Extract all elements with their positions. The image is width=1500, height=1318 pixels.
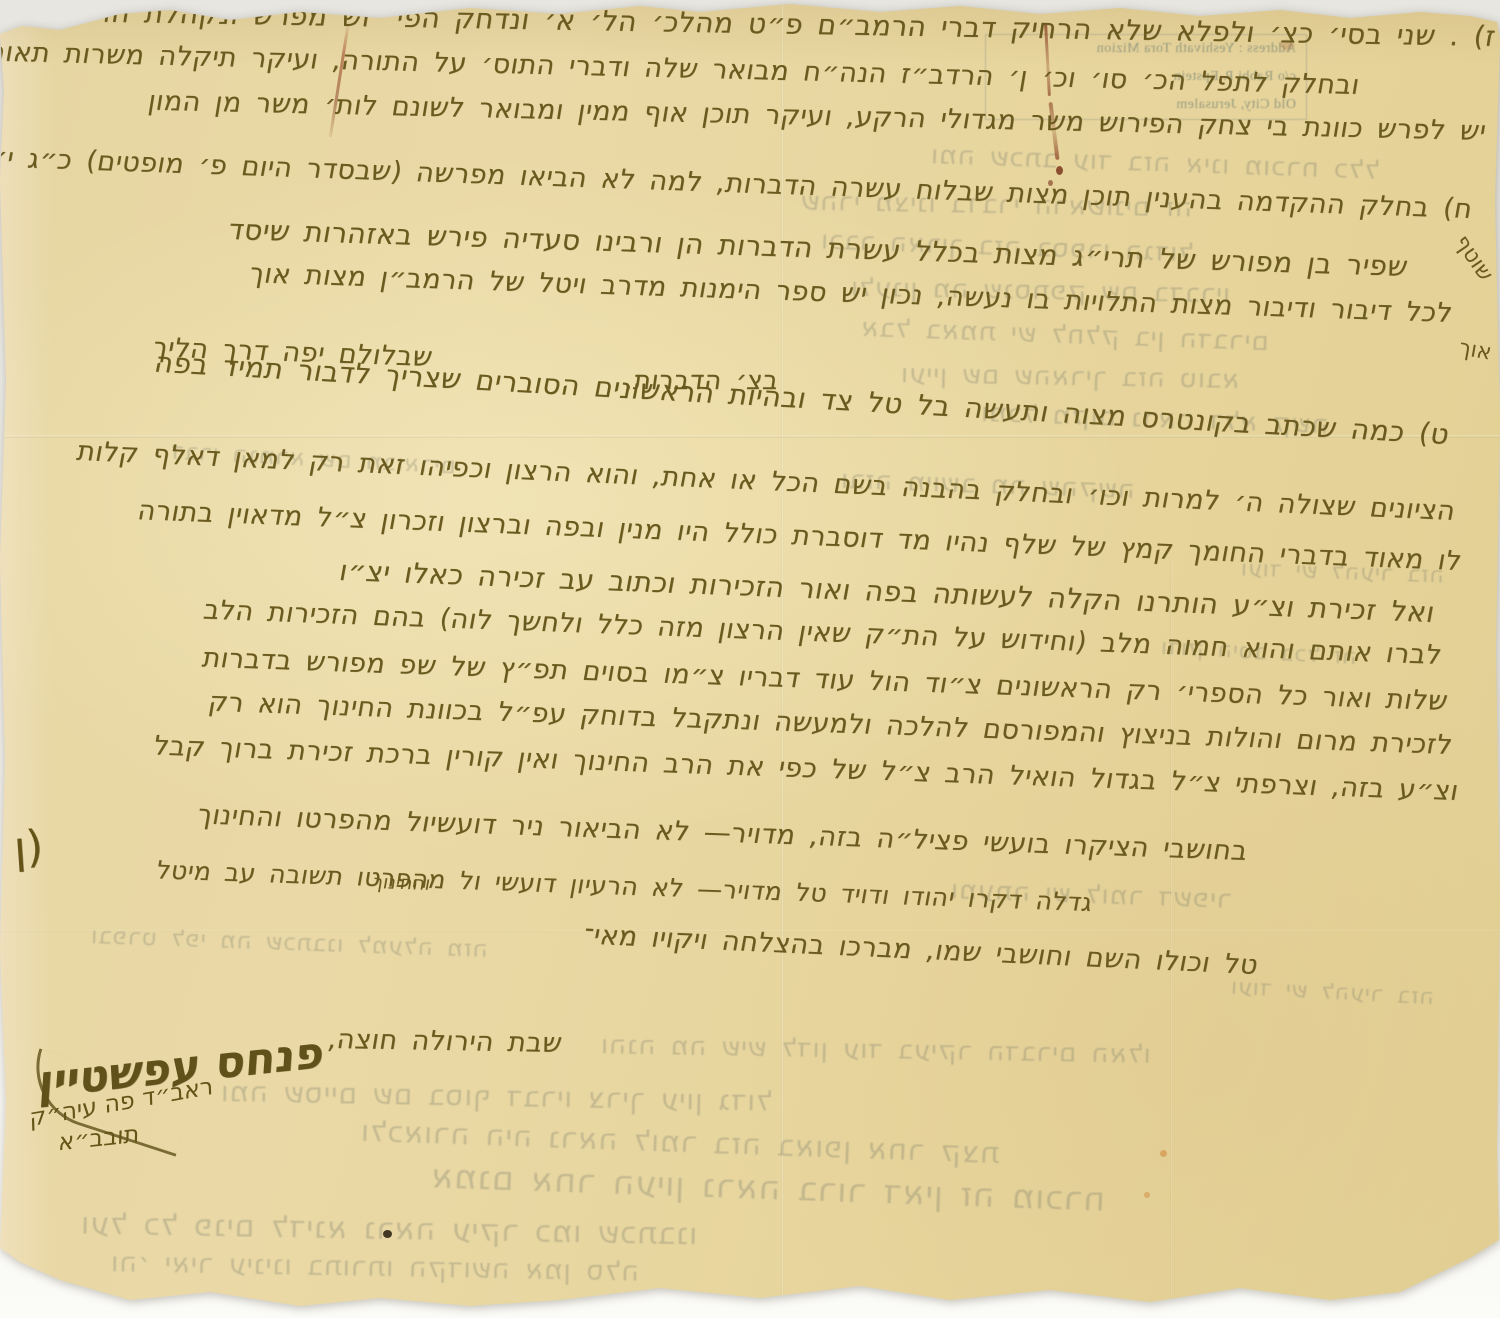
scanned-letter-scene: ומה שכתב עוד בזה אינו מוכרח כלל שהרי מצי… xyxy=(0,0,1500,1318)
foxing-spot xyxy=(1144,1192,1150,1198)
foxing-spot xyxy=(1160,1150,1167,1157)
bleed-through-line: ועוד יש להעיר בזה xyxy=(1229,975,1434,1011)
bleed-through-line: ובפרט לפי מה שכתבנו למעלה מזה xyxy=(90,923,488,963)
manuscript-paper: ומה שכתב עוד בזה אינו מוכרח כלל שהרי מצי… xyxy=(0,0,1500,1318)
section-marker-nun: ן) xyxy=(12,821,45,874)
stain-dot xyxy=(1056,166,1063,175)
margin-word: אוך xyxy=(1458,335,1494,365)
bleed-through-line: ומה שסיים שם בסוף דבריו צריך עיון גדול xyxy=(220,1075,772,1118)
dark-ink-spot xyxy=(383,1230,392,1238)
paper-shadow: ומה שכתב עוד בזה אינו מוכרח כלל שהרי מצי… xyxy=(0,0,1500,1318)
bleed-through-line: אמנם אחר העיון נראה ברור דאין זה מוכרח xyxy=(430,1156,1106,1219)
handwritten-closing-line: שבת הירולה חוצה, xyxy=(325,1024,564,1059)
margin-word: שוטף xyxy=(1449,231,1498,286)
vertical-fold-crease-right xyxy=(1170,560,1172,1300)
handwritten-line-9-section-tet: ט) כמה שכתב בקונטרס מצוה ותעשה בל טל צד … xyxy=(152,346,1453,451)
handwritten-line-18: גדלה דקרו יהודו ודויד טל מדויר— לא הרעיו… xyxy=(154,855,1095,917)
handwritten-blessing-line: טל וכולו השם וחושבי שמו, מברכו בהצלחה וי… xyxy=(581,919,1261,980)
bleed-through-line: וה׳ יאיר עינינו בתורתו הקדושה אמן סלה xyxy=(110,1247,639,1287)
bleed-through-line: והנה מה שיש לדון עוד בעיקר הדברים האלו xyxy=(600,1030,1151,1070)
handwritten-line-17: בחושבי הציקרו בועשי פציל״ה בזה, מדויר— ל… xyxy=(195,799,1250,866)
